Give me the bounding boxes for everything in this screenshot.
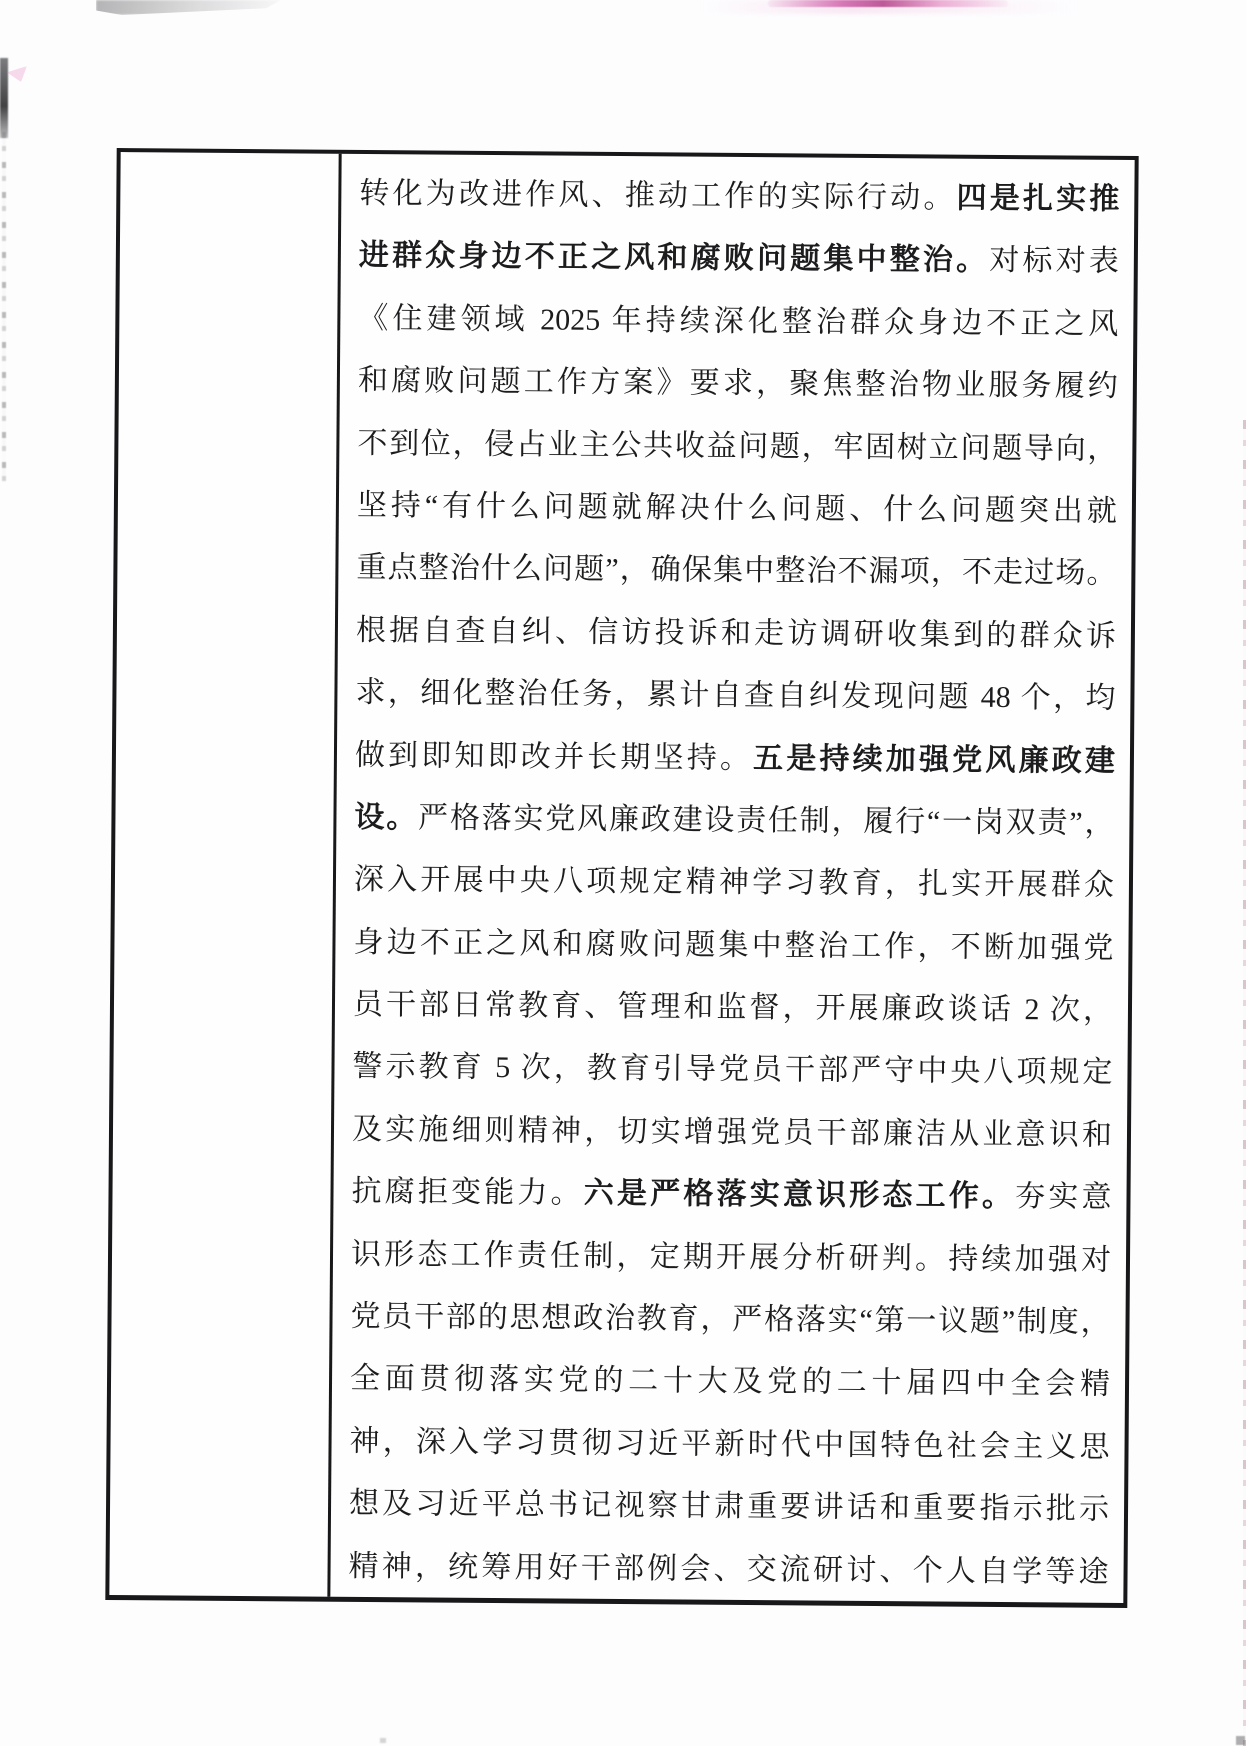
scan-artifact-top-pink-streak — [768, 0, 1008, 7]
text-line: 转化为改进作风、推动工作的实际行动。四是扎实推 — [359, 163, 1119, 231]
text-line: 求，细化整治任务，累计自查自纠发现问题 48 个，均 — [355, 662, 1115, 730]
text-segment: 精神，统筹用好干部例会、交流研讨、个人自学等途 — [348, 1549, 1108, 1588]
text-line: 不到位，侵占业主公共收益问题，牢固树立问题导向， — [357, 412, 1117, 480]
scan-artifact-left-dark-streak — [0, 58, 8, 138]
text-segment: 想及习近平总书记视察甘肃重要讲话和重要指示批示 — [349, 1487, 1109, 1526]
text-segment: 重点整治什么问题”，确保集中整治不漏项，不走过场。 — [356, 551, 1116, 590]
text-segment: 对标对表 — [989, 244, 1119, 278]
text-segment: 《住建领域 2025 年持续深化整治群众身边不正之风 — [358, 302, 1118, 341]
scan-artifact-bottom-speck — [380, 1738, 386, 1743]
text-line: 重点整治什么问题”，确保集中整治不漏项，不走过场。 — [356, 537, 1116, 605]
scan-artifact-top-pink-haze — [700, 0, 1080, 14]
text-segment: 夯实意 — [1015, 1180, 1112, 1214]
text-line: 坚持“有什么问题就解决什么问题、什么问题突出就 — [357, 475, 1117, 543]
text-segment: 不到位，侵占业主公共收益问题，牢固树立问题导向， — [357, 426, 1117, 465]
text-line: 精神，统筹用好干部例会、交流研讨、个人自学等途 — [348, 1535, 1108, 1602]
text-segment: 身边不正之风和腐败问题集中整治工作，不断加强党 — [353, 926, 1113, 965]
text-line: 根据自查自纠、信访投诉和走访调研收集到的群众诉 — [356, 600, 1116, 668]
text-segment: 警示教育 5 次，教育引导党员干部严守中央八项规定 — [352, 1050, 1112, 1089]
text-line: 想及习近平总书记视察甘肃重要讲话和重要指示批示 — [349, 1473, 1109, 1541]
table-left-cell-empty — [109, 152, 341, 1597]
text-segment: 识形态工作责任制，定期开展分析研判。持续加强对 — [351, 1238, 1111, 1277]
text-segment: 和腐败问题工作方案》要求，聚焦整治物业服务履约 — [358, 364, 1118, 403]
text-line: 设。严格落实党风廉政建设责任制，履行“一岗双责”， — [354, 787, 1114, 855]
scan-artifact-topleft-gray — [96, 0, 281, 15]
scan-artifact-bottom-right-speck — [1236, 1736, 1245, 1745]
text-line: 做到即知即改并长期坚持。五是持续加强党风廉政建 — [355, 724, 1115, 792]
text-line: 深入开展中央八项规定精神学习教育，扎实开展群众 — [354, 849, 1114, 917]
text-segment: 严格落实党风廉政建设责任制，履行“一岗双责”， — [418, 801, 1115, 839]
text-line: 党员干部的思想政治教育，严格落实“第一议题”制度， — [350, 1286, 1110, 1354]
text-segment: 求，细化整治任务，累计自查自纠发现问题 48 个，均 — [355, 676, 1115, 715]
text-line: 员干部日常教育、管理和监督，开展廉政谈话 2 次， — [353, 974, 1113, 1042]
scan-artifact-left-pink-speck — [7, 66, 27, 82]
text-line: 进群众身边不正之风和腐败问题集中整治。对标对表 — [359, 225, 1119, 293]
report-table: 转化为改进作风、推动工作的实际行动。四是扎实推进群众身边不正之风和腐败问题集中整… — [105, 148, 1138, 1608]
text-segment: 神，深入学习贯彻习近平新时代中国特色社会主义思 — [349, 1425, 1109, 1464]
bold-text-segment: 五是持续加强党风廉政建 — [753, 742, 1115, 778]
text-segment: 抗腐拒变能力。 — [351, 1175, 584, 1210]
text-line: 身边不正之风和腐败问题集中整治工作，不断加强党 — [353, 912, 1113, 980]
bold-text-segment: 进群众身边不正之风和腐败问题集中整治。 — [359, 239, 990, 277]
text-line: 神，深入学习贯彻习近平新时代中国特色社会主义思 — [349, 1411, 1109, 1479]
bold-text-segment: 四是扎实推 — [957, 182, 1120, 216]
table-right-cell-text: 转化为改进作风、推动工作的实际行动。四是扎实推进群众身边不正之风和腐败问题集中整… — [330, 154, 1134, 1603]
text-line: 警示教育 5 次，教育引导党员干部严守中央八项规定 — [352, 1036, 1112, 1104]
text-line: 识形态工作责任制，定期开展分析研判。持续加强对 — [351, 1224, 1111, 1292]
text-segment: 根据自查自纠、信访投诉和走访调研收集到的群众诉 — [356, 614, 1116, 653]
text-segment: 党员干部的思想政治教育，严格落实“第一议题”制度， — [350, 1300, 1110, 1339]
text-segment: 做到即知即改并长期坚持。 — [355, 738, 753, 774]
text-segment: 转化为改进作风、推动工作的实际行动。 — [359, 177, 957, 215]
scanned-page: 转化为改进作风、推动工作的实际行动。四是扎实推进群众身边不正之风和腐败问题集中整… — [0, 0, 1246, 1746]
bold-text-segment: 设。 — [354, 801, 418, 834]
text-line: 及实施细则精神，切实增强党员干部廉洁从业意识和 — [352, 1099, 1112, 1167]
text-segment: 及实施细则精神，切实增强党员干部廉洁从业意识和 — [352, 1113, 1112, 1152]
text-segment: 员干部日常教育、管理和监督，开展廉政谈话 2 次， — [353, 988, 1113, 1027]
text-line: 《住建领域 2025 年持续深化整治群众身边不正之风 — [358, 288, 1118, 356]
text-segment: 坚持“有什么问题就解决什么问题、什么问题突出就 — [357, 489, 1117, 528]
text-segment: 深入开展中央八项规定精神学习教育，扎实开展群众 — [354, 863, 1114, 902]
scan-artifact-left-speckle — [2, 132, 6, 482]
text-line: 抗腐拒变能力。六是严格落实意识形态工作。夯实意 — [351, 1161, 1111, 1229]
text-line: 和腐败问题工作方案》要求，聚焦整治物业服务履约 — [358, 350, 1118, 418]
text-line: 全面贯彻落实党的二十大及党的二十届四中全会精 — [350, 1348, 1110, 1416]
bold-text-segment: 六是严格落实意识形态工作。 — [584, 1177, 1016, 1213]
text-segment: 全面贯彻落实党的二十大及党的二十届四中全会精 — [350, 1362, 1110, 1401]
